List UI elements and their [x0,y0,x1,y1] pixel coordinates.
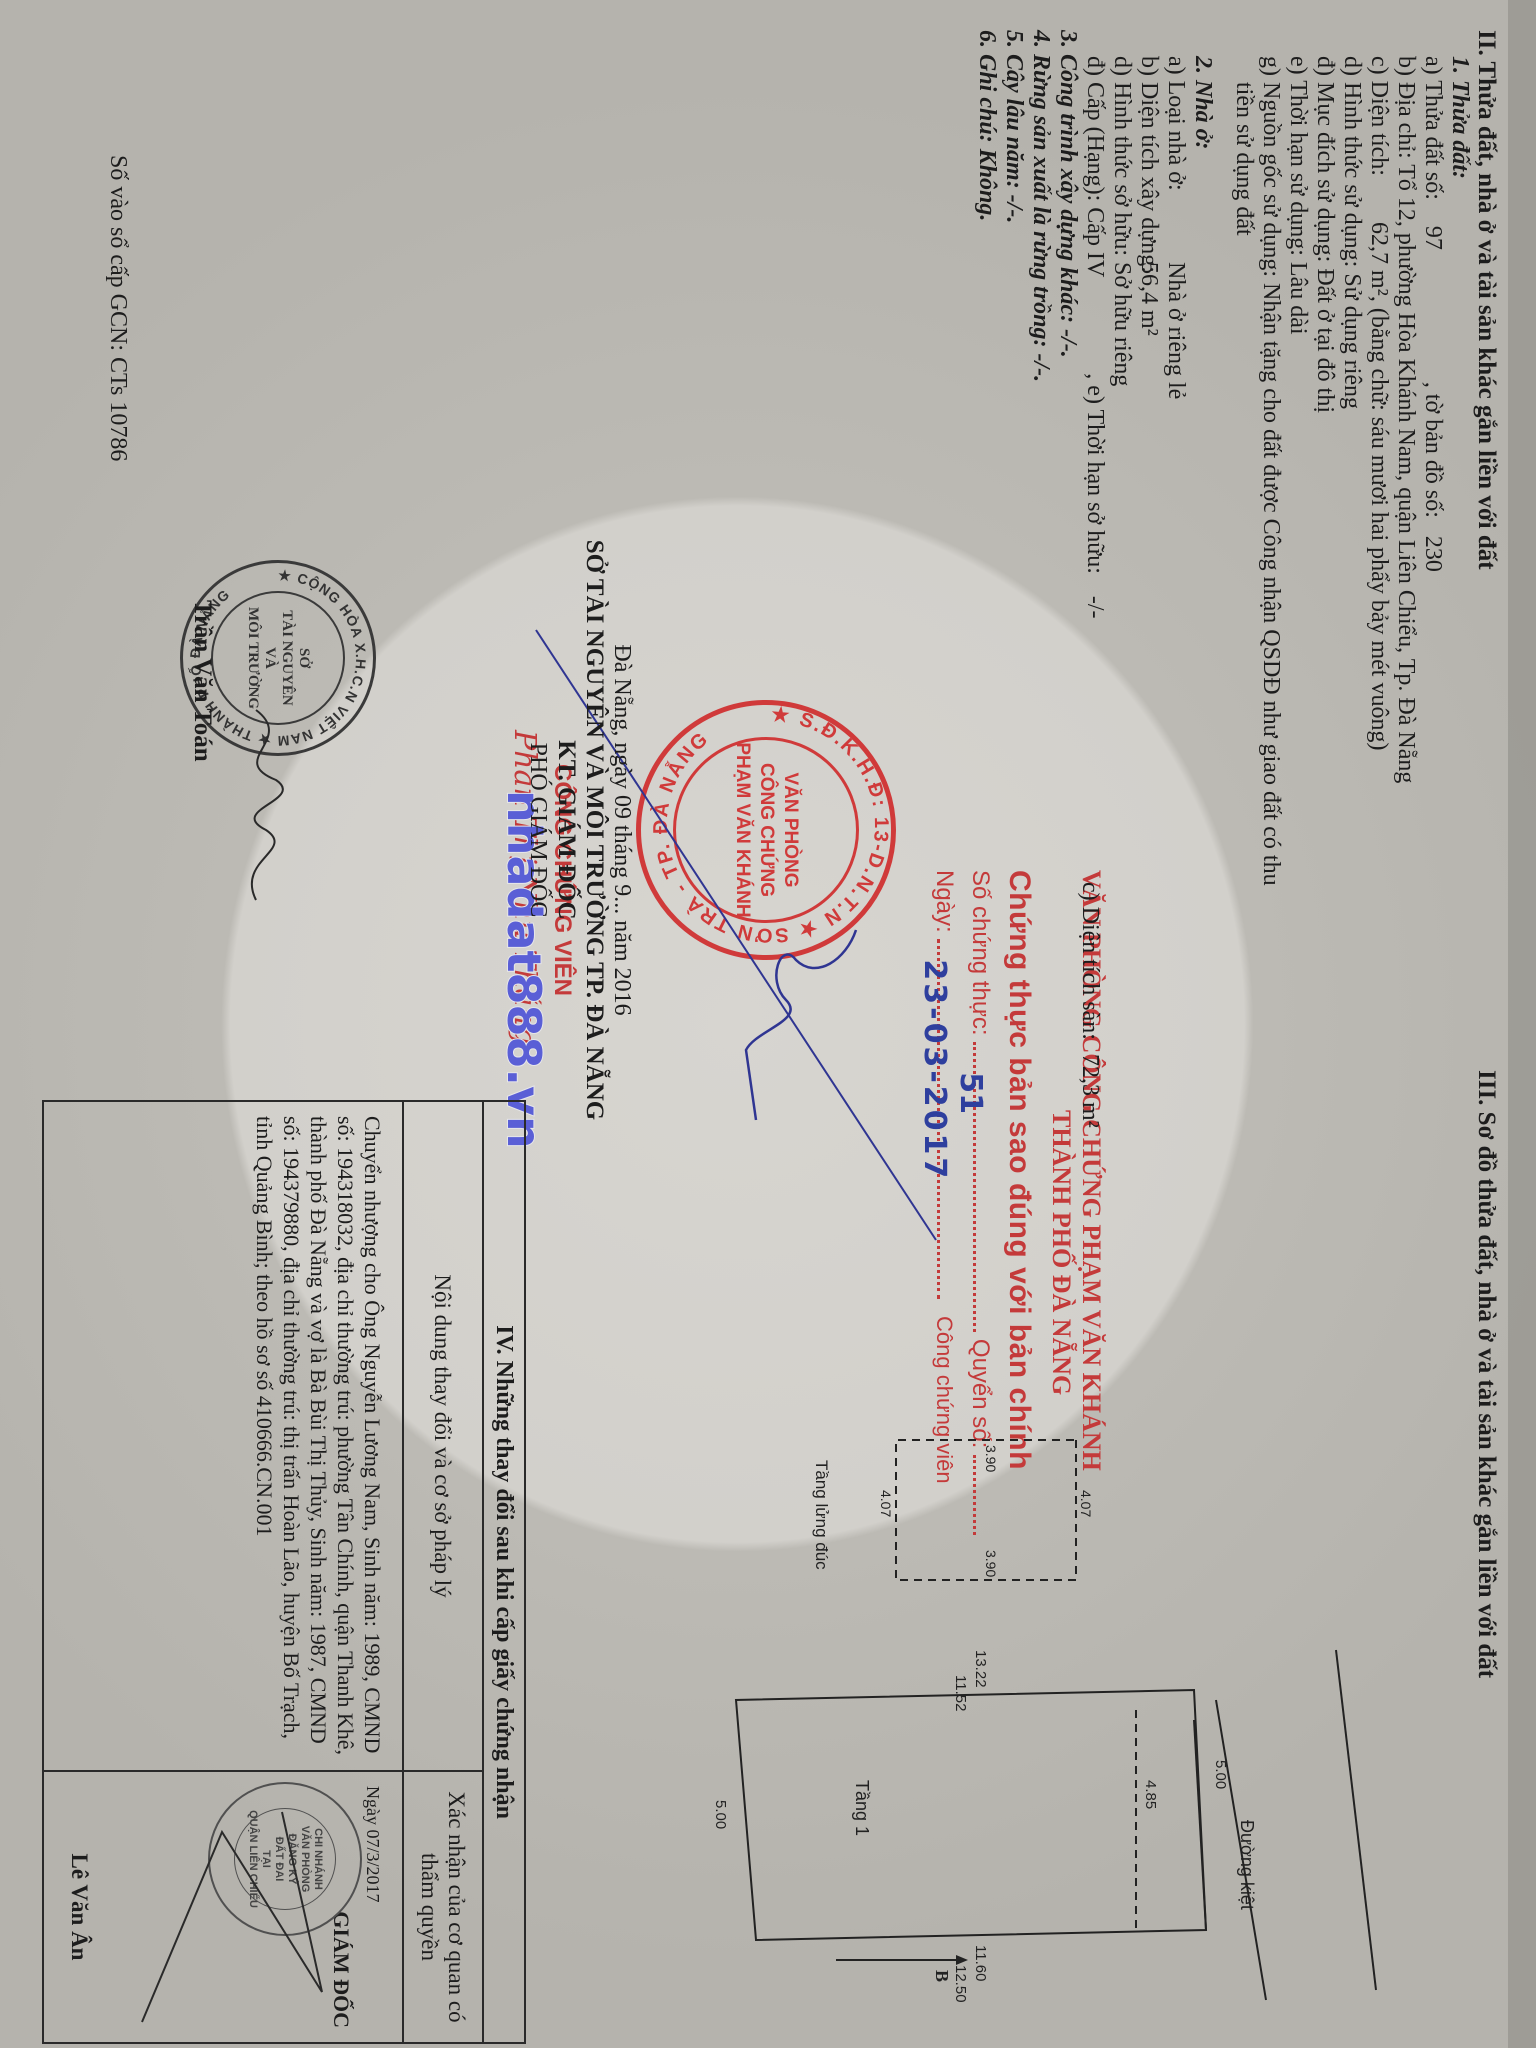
svg-text:Tầng lửng đúc: Tầng lửng đúc [812,1460,831,1570]
land-heading: 1. Thửa đất: [1446,30,1473,930]
house-heading: 2. Nhà ở: [1189,30,1216,930]
use-form-label: d) Hình thức sử dụng: [1339,56,1365,267]
own-term-label: , e) Thời hạn sở hữu: [1082,373,1108,574]
confirmation-body: Ngày 07/3/2017 GIÁM ĐỐC CHI NHÁNH VĂN PH… [50,1772,402,2042]
origin-label: g) Nguồn gốc sử dụng: [1258,56,1284,277]
section-iv-heading: IV. Những thay đổi sau khi cấp giấy chứn… [482,1102,524,2042]
floor-area-label: c) Diện tích sàn: [1077,882,1103,1040]
house-type-row: a) Loại nhà ở: Nhà ở riêng lẻ [1162,30,1189,930]
term-value: Lâu dài [1285,262,1311,335]
svg-text:3.90: 3.90 [983,1445,999,1472]
svg-text:B: B [932,1970,952,1982]
area-row: c) Diện tích: 62,7 m², (bằng chữ: sáu mư… [1365,30,1392,930]
section-iii-heading: III. Sơ đồ thửa đất, nhà ở và tài sản kh… [1472,1070,1500,1678]
other-works: 3. Công trình xây dựng khác: -/-. [1054,30,1081,930]
area-label: c) Diện tích: [1365,56,1392,216]
signer-title: PHÓ GIÁM ĐỐC [524,470,552,1190]
seal-line: MÔI TRƯỜNG [244,607,261,709]
map-sheet-no: 230 [1420,524,1446,572]
svg-text:11.52: 11.52 [952,1675,969,1711]
seal-line: TÀI NGUYÊN [278,610,295,705]
issuing-org: SỞ TÀI NGUYÊN VÀ MÔI TRƯỜNG TP. ĐÀ NẴNG [580,470,608,1190]
note: 6. Ghi chú: Không. [973,30,1000,930]
origin-row: g) Nguồn gốc sử dụng: Nhận tặng cho đất … [1257,30,1284,930]
change-content: Chuyển nhượng cho Ông Nguyễn Lương Nam, … [235,1102,402,1770]
col-header-confirmation: Xác nhận của cơ quan có thẩm quyền [402,1772,482,2042]
ownership-value: Sở hữu riêng [1109,262,1135,386]
svg-text:4.07: 4.07 [878,1490,894,1517]
use-form-row: d) Hình thức sử dụng: Sử dụng riêng [1338,30,1365,930]
house-type-label: a) Loại nhà ở: [1162,56,1189,256]
purpose-label: đ) Mục đích sử dụng: [1312,56,1338,262]
build-area-row: b) Diện tích xây dựng: 56,4 m² [1135,30,1162,930]
seal-line: SỞ [295,648,312,668]
on-behalf: KT. GIÁM ĐỐC [552,470,580,1190]
grade-label: đ) Cấp (Hạng): [1082,56,1108,201]
address-row: b) Địa chỉ: Tổ 12, phường Hòa Khánh Nam,… [1392,30,1419,930]
section-land-house: II. Thửa đất, nhà ở và tài sản khác gắn … [973,30,1500,930]
ownership-row: d) Hình thức sở hữu: Sở hữu riêng [1108,30,1135,930]
svg-text:Đường kiệt: Đường kiệt [1237,1820,1257,1910]
certificate-page: II. Thửa đất, nhà ở và tài sản khác gắn … [0,0,1536,2048]
gcn-register-number: Số vào sổ cấp GCN: CTs 10786 [104,155,131,461]
svg-text:11.60: 11.60 [972,1945,989,1981]
svg-text:13.22: 13.22 [972,1650,989,1688]
forest: 4. Rừng sản xuất là rừng trồng: -/-. [1027,30,1054,930]
parcel-no: 97 [1419,206,1446,376]
confirm-signer: Lê Văn Ân [66,1772,93,2042]
grade-value: Cấp IV [1081,207,1108,367]
section-ii-heading: II. Thửa đất, nhà ở và tài sản khác gắn … [1473,30,1500,930]
purpose-value: Đất ở tại đô thị [1312,268,1338,413]
purpose-row: đ) Mục đích sử dụng: Đất ở tại đô thị [1311,30,1338,930]
area-value: 62,7 m², (bằng chữ: sáu mươi hai phẩy bả… [1366,222,1392,750]
ownership-label: d) Hình thức sở hữu: [1108,56,1135,256]
origin-value: Nhận tặng cho đất được Công nhận QSDĐ nh… [1258,283,1284,886]
map-sheet-label: , tờ bản đồ số: [1420,382,1446,518]
confirm-date: Ngày 07/3/2017 [359,1786,386,2028]
col-header-content: Nội dung thay đổi và cơ sở pháp lý [402,1102,482,1770]
svg-text:4.07: 4.07 [1078,1490,1094,1517]
address-value: Tổ 12, phường Hòa Khánh Nam, quận Liên C… [1393,164,1419,783]
term-label: e) Thời hạn sử dụng: [1285,56,1311,256]
seal-line: VÀ [261,647,278,669]
signer-name: Trần Văn Toán [188,600,216,762]
grade-row: đ) Cấp (Hạng): Cấp IV , e) Thời hạn sở h… [1081,30,1108,930]
house-type-value: Nhà ở riêng lẻ [1163,262,1189,399]
changes-content-column: Nội dung thay đổi và cơ sở pháp lý Chuyể… [44,1102,482,1772]
signing-block: Đà Nẵng, ngày 09 tháng 9... năm 2016 SỞ … [524,470,636,1190]
build-area-label: b) Diện tích xây dựng: [1135,56,1162,256]
svg-text:Tầng 1: Tầng 1 [852,1780,872,1836]
confirm-signature [122,1792,342,2032]
perennial-trees: 5. Cây lâu năm: -/-. [1000,30,1027,930]
svg-text:4.85: 4.85 [1142,1780,1159,1809]
parcel-row: a) Thửa đất số: 97 , tờ bản đồ số: 230 [1419,30,1446,930]
svg-text:12.50: 12.50 [952,1965,969,2003]
origin-cont: tiền sử dụng đất [1230,30,1257,930]
confirmation-column: Xác nhận của cơ quan có thẩm quyền Ngày … [44,1772,482,2042]
place-date: Đà Nẵng, ngày 09 tháng 9... năm 2016 [608,470,636,1190]
svg-text:3.90: 3.90 [983,1550,999,1577]
address-label: b) Địa chỉ: [1393,56,1419,159]
svg-text:5.00: 5.00 [1212,1760,1229,1789]
own-term-value: -/- [1082,580,1108,619]
build-area-value: 56,4 m² [1136,262,1162,336]
term-row: e) Thời hạn sử dụng: Lâu dài [1284,30,1311,930]
parcel-label: a) Thửa đất số: [1420,56,1446,200]
land-plot-diagram: Đường kiệt 5.00 4.85 13.22 11.52 11.60 1… [696,1060,1456,2040]
changes-table: IV. Những thay đổi sau khi cấp giấy chứn… [42,1100,526,2044]
use-form-value: Sử dụng riêng [1339,273,1365,409]
svg-text:5.00: 5.00 [712,1800,729,1829]
